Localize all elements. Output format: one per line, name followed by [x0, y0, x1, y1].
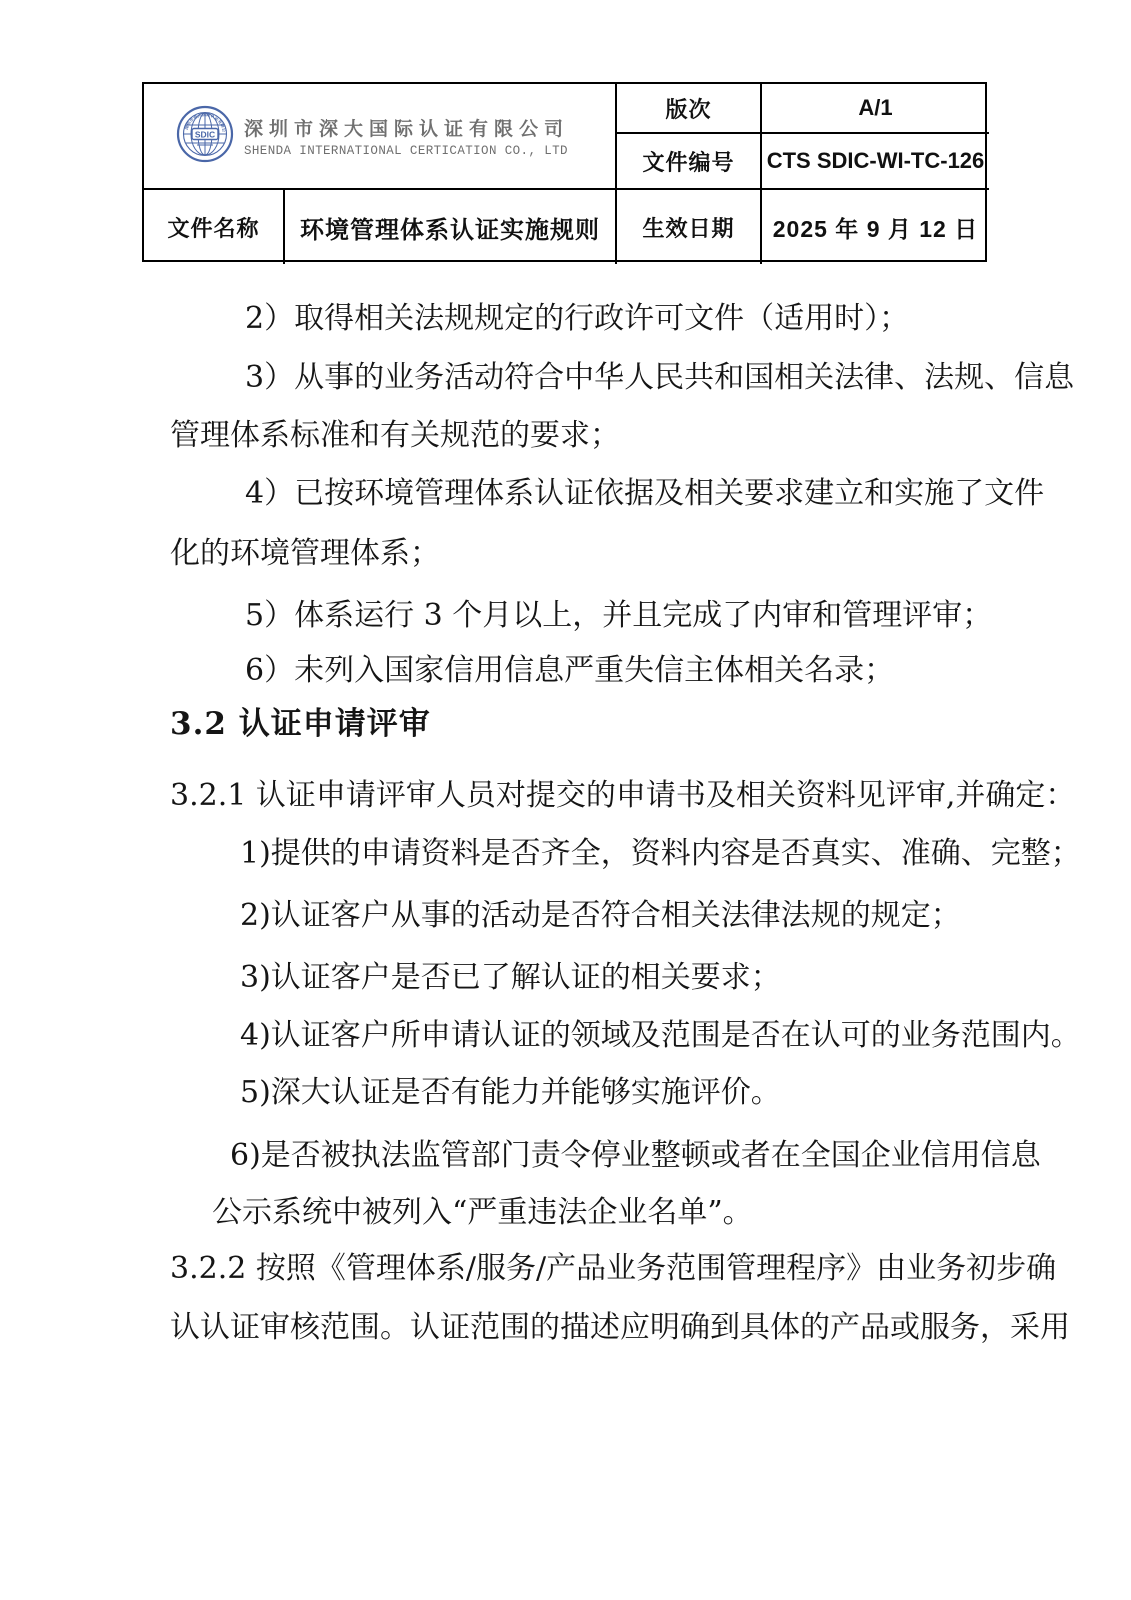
- list1-item-4: 4）已按环境管理体系认证依据及相关要求建立和实施了文件: [170, 478, 1045, 510]
- list2-item-6-wrap: 公示系统中被列入“严重违法企业名单”。: [170, 1197, 1012, 1229]
- list1-item-3: 3）从事的业务活动符合中华人民共和国相关法律、法规、信息: [170, 362, 1045, 394]
- para-3-2-1: 3.2.1 认证申请评审人员对提交的申请书及相关资料见评审,并确定：: [170, 780, 970, 812]
- list2-item-6: 6)是否被执法监管部门责令停业整顿或者在全国企业信用信息: [170, 1140, 1030, 1172]
- list1-item-5: 5）体系运行 3 个月以上，并且完成了内审和管理评审；: [170, 600, 1045, 632]
- list2-item-2: 2)认证客户从事的活动是否符合相关法律法规的规定；: [170, 900, 1040, 932]
- list1-item-6: 6）未列入国家信用信息严重失信主体相关名录；: [170, 655, 1045, 687]
- list2-item-3: 3)认证客户是否已了解认证的相关要求；: [170, 962, 1040, 994]
- document-body: 2）取得相关法规规定的行政许可文件（适用时）； 3）从事的业务活动符合中华人民共…: [0, 0, 1131, 1600]
- list1-item-4-wrap: 化的环境管理体系；: [170, 538, 970, 570]
- list1-item-2: 2）取得相关法规规定的行政许可文件（适用时）；: [170, 303, 1045, 335]
- para-3-2-2: 3.2.2 按照《管理体系/服务/产品业务范围管理程序》由业务初步确: [170, 1253, 970, 1285]
- list2-item-1: 1)提供的申请资料是否齐全，资料内容是否真实、准确、完整；: [170, 838, 1040, 870]
- section-heading-3-2: 3.2 认证申请评审: [170, 708, 970, 741]
- list2-item-5: 5)深大认证是否有能力并能够实施评价。: [170, 1077, 1040, 1109]
- para-3-2-2-wrap: 认认证审核范围。认证范围的描述应明确到具体的产品或服务，采用: [170, 1312, 970, 1344]
- list1-item-3-wrap: 管理体系标准和有关规范的要求；: [170, 420, 970, 452]
- document-page: 深圳市深大国际认证有限公司 SDIC 深圳市深大国际: [0, 0, 1131, 1600]
- list2-item-4: 4)认证客户所申请认证的领域及范围是否在认可的业务范围内。: [170, 1020, 1040, 1052]
